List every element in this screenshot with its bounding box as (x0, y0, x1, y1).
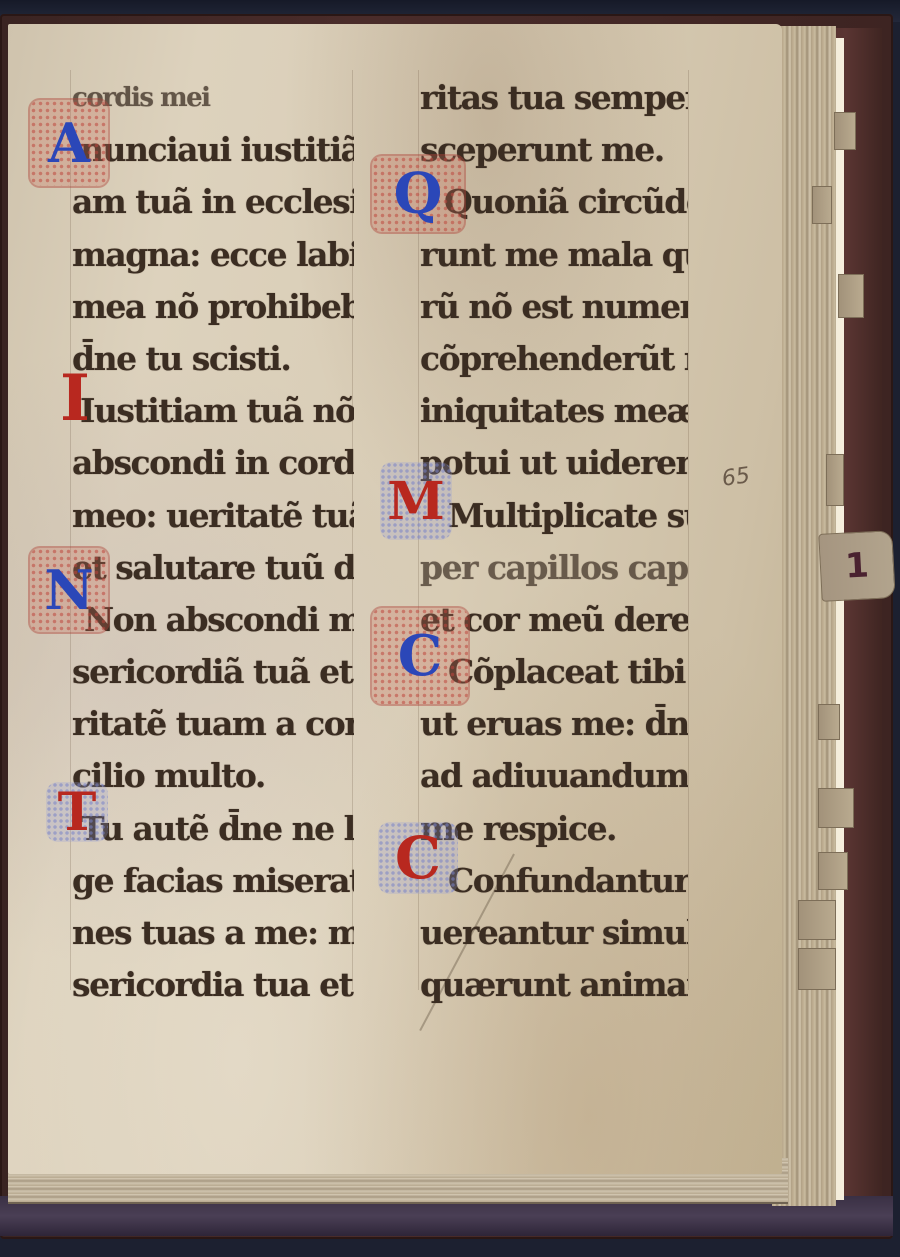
text-line: ge facias miseratio (72, 855, 354, 907)
red-initial-I: I (50, 362, 100, 434)
text-line: magna: ecce labia (72, 229, 354, 281)
text-line: d̄ne tu scisti. (72, 333, 354, 385)
text-line: ritas tua semper su (420, 72, 688, 124)
text-line: Confundantur et re (420, 855, 688, 907)
text-line: mea nõ prohibebo: (72, 281, 354, 333)
text-line: ut eruas me: d̄ne (420, 698, 688, 750)
page-tab[interactable] (826, 454, 844, 506)
text-line: cõprehenderũt me (420, 333, 688, 385)
page-tab[interactable] (818, 704, 840, 740)
illuminated-initial-A: A (30, 100, 108, 186)
text-line: sericordia tua et ue (72, 959, 354, 1011)
text-line: Iustitiam tuã nõ (72, 385, 354, 437)
page-tab[interactable] (798, 900, 836, 940)
ruling-line (70, 70, 71, 990)
page-tab[interactable] (838, 274, 864, 318)
page-tab[interactable] (818, 788, 854, 828)
text-line: runt me mala quo (420, 229, 688, 281)
pencil-folio-number: 65 (720, 463, 751, 492)
text-line: quærunt animam meã (420, 959, 688, 1011)
text-line: nunciaui iustitiã (72, 124, 354, 176)
text-line: ad adiuuandum (420, 750, 688, 802)
illuminated-initial-Q: Q (372, 156, 464, 232)
text-line: abscondi in corde (72, 437, 354, 489)
red-initial-C: C (378, 822, 458, 894)
text-line: am tuã in ecclesia (72, 176, 354, 228)
illuminated-initial-N: N (30, 548, 108, 632)
text-line: iniquitates meæ: et nõ (420, 385, 688, 437)
illuminated-initial-C: C (372, 608, 468, 704)
text-line: potui ut uiderem. (420, 437, 688, 489)
text-line: cordis mei (72, 72, 354, 124)
text-line: per capillos capitis mei: (420, 542, 688, 594)
text-line: cilio multo. (72, 750, 354, 802)
page-tab[interactable] (798, 948, 836, 990)
text-line: sericordiã tuã et ue (72, 646, 354, 698)
page-tab[interactable] (812, 186, 832, 224)
text-line: Tu autẽ d̄ne ne lõ (72, 803, 354, 855)
left-text-column: cordis mei nunciaui iustitiã am tuã in e… (72, 72, 354, 1011)
text-line: rũ nõ est numerus: (420, 281, 688, 333)
text-line: uereantur simul: q (420, 907, 688, 959)
text-line: Multiplicate sunt su (420, 490, 688, 542)
page-tab[interactable] (818, 852, 848, 890)
text-line: nes tuas a me: mi (72, 907, 354, 959)
text-line: ritatẽ tuam a con (72, 698, 354, 750)
text-line: Non abscondi mi (72, 594, 354, 646)
red-initial-M: M (380, 462, 452, 540)
ruling-line (688, 70, 689, 990)
red-initial-T: T (46, 782, 108, 842)
text-line: me respice. (420, 803, 688, 855)
text-line: meo: ueritatẽ tuã (72, 490, 354, 542)
text-line: et salutare tuũ dixi. (72, 542, 354, 594)
numbered-tab[interactable]: 1 (818, 530, 895, 602)
page-tab[interactable] (834, 112, 856, 150)
